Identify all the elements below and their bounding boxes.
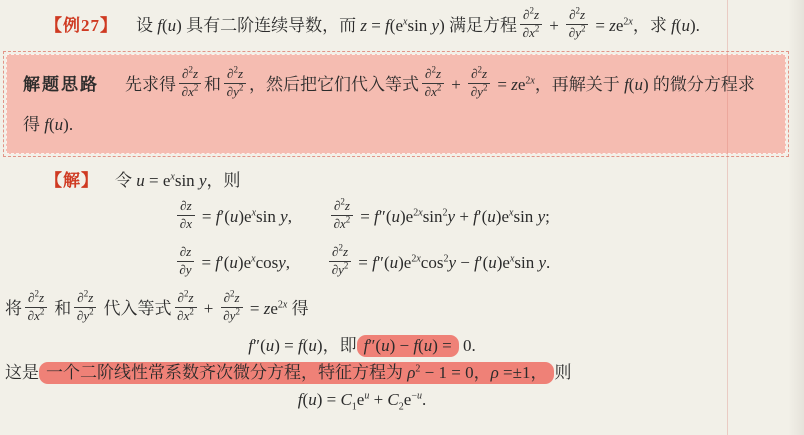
derivative-row-y: ∂z∂y = f′(u)excosy,∂2z∂y2 = f″(u)e2xcos2… [0,240,724,286]
ode-result-line: f″(u) = f(u)，即f″(u) − f(u) = 0. [0,332,724,359]
example-label: 【例27】 [45,16,118,35]
page-edge-rule-line [727,0,728,435]
example-problem-line: 【例27】设 f(u) 具有二阶连续导数，而 z = f(exsin y) 满足… [45,6,790,46]
solution-intro-line: 【解】令 u = exsin y，则 [45,168,790,194]
characteristic-line: 这是一个二阶线性常系数齐次微分方程，特征方程为 ρ2 − 1 = 0，ρ =±1… [5,359,804,386]
problem-statement: 设 f(u) 具有二阶连续导数，而 z = f(exsin y) 满足方程∂2z… [136,16,700,35]
general-solution-line: f(u) = C1eu + C2e−u. [0,386,724,413]
hint-box: 解题思路先求得∂2z∂x2和∂2z∂y2，然后把它们代入等式∂2z∂x2 + ∂… [6,54,786,154]
solution-intro: 令 u = exsin y，则 [115,171,240,190]
solution-label: 【解】 [45,171,99,190]
textbook-page: 【例27】设 f(u) 具有二阶连续导数，而 z = f(exsin y) 满足… [0,6,804,413]
substitution-line: 将∂2z∂x2 和∂2z∂y2 代入等式∂2z∂x2 + ∂2z∂y2 = ze… [5,286,804,332]
derivative-row-x: ∂z∂x = f′(u)exsin y,∂2z∂x2 = f″(u)e2xsin… [0,194,724,240]
hint-title: 解题思路 [23,75,99,94]
hint-text: 先求得∂2z∂x2和∂2z∂y2，然后把它们代入等式∂2z∂x2 + ∂2z∂y… [23,75,755,134]
